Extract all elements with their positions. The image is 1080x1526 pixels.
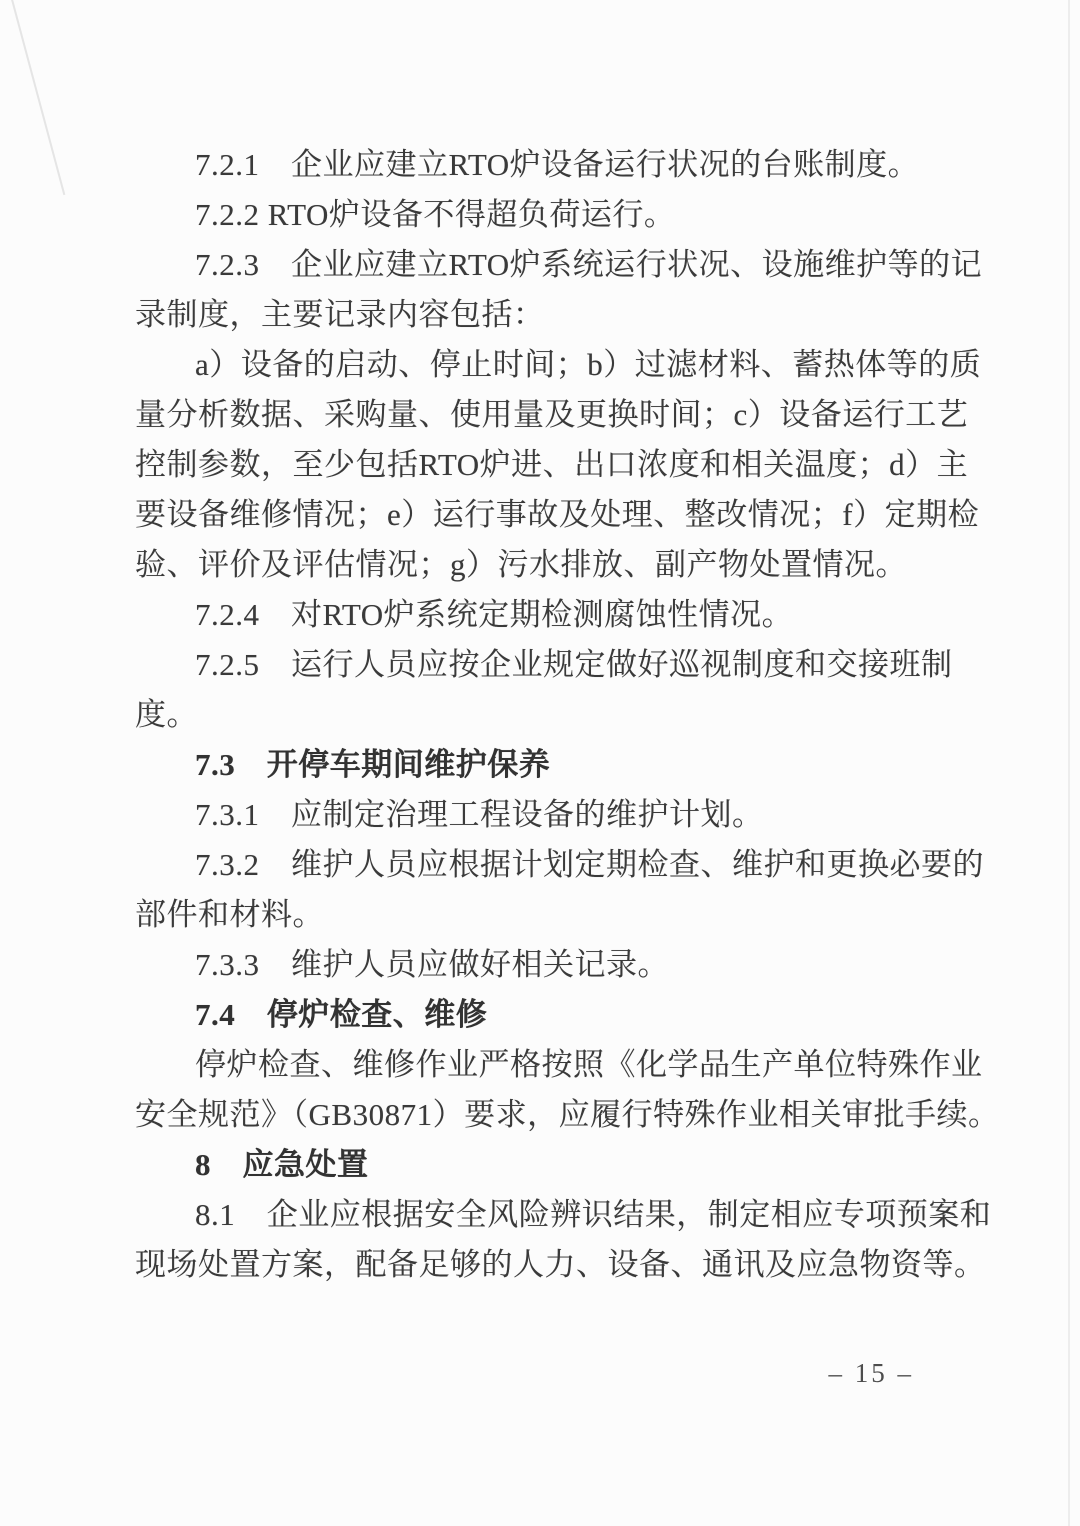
scan-artifact-diagonal-line	[9, 0, 65, 195]
clause-8-1-line-2: 现场处置方案，配备足够的人力、设备、通讯及应急物资等。	[135, 1240, 913, 1290]
clause-7-2-5-line-1: 7.2.5 运行人员应按企业规定做好巡视制度和交接班制	[135, 640, 913, 690]
clause-7-4-body-line-1: 停炉检查、维修作业严格按照《化学品生产单位特殊作业	[135, 1040, 913, 1090]
list-items-line-2: 量分析数据、采购量、使用量及更换时间；c）设备运行工艺	[135, 390, 913, 440]
clause-7-3-1: 7.3.1 应制定治理工程设备的维护计划。	[135, 790, 913, 840]
clause-7-3-3: 7.3.3 维护人员应做好相关记录。	[135, 940, 913, 990]
section-heading-7-4: 7.4 停炉检查、维修	[135, 990, 913, 1040]
scan-artifact-vertical-line	[1068, 0, 1070, 1526]
document-body: 7.2.1 企业应建立RTO炉设备运行状况的台账制度。 7.2.2 RTO炉设备…	[135, 140, 913, 1290]
clause-7-2-3-line-2: 录制度，主要记录内容包括：	[135, 290, 913, 340]
clause-7-2-3-line-1: 7.2.3 企业应建立RTO炉系统运行状况、设施维护等的记	[135, 240, 913, 290]
list-items-line-4: 要设备维修情况；e）运行事故及处理、整改情况；f）定期检	[135, 490, 913, 540]
section-heading-7-3: 7.3 开停车期间维护保养	[135, 740, 913, 790]
clause-8-1-line-1: 8.1 企业应根据安全风险辨识结果，制定相应专项预案和	[135, 1190, 913, 1240]
document-page: 7.2.1 企业应建立RTO炉设备运行状况的台账制度。 7.2.2 RTO炉设备…	[0, 0, 1080, 1526]
list-items-line-3: 控制参数，至少包括RTO炉进、出口浓度和相关温度；d）主	[135, 440, 913, 490]
list-items-line-1: a）设备的启动、停止时间；b）过滤材料、蓄热体等的质	[135, 340, 913, 390]
clause-7-2-2: 7.2.2 RTO炉设备不得超负荷运行。	[135, 190, 913, 240]
clause-7-2-4: 7.2.4 对RTO炉系统定期检测腐蚀性情况。	[135, 590, 913, 640]
clause-7-4-body-line-2: 安全规范》（GB30871）要求，应履行特殊作业相关审批手续。	[135, 1090, 913, 1140]
section-heading-8: 8 应急处置	[135, 1140, 913, 1190]
clause-7-3-2-line-2: 部件和材料。	[135, 890, 913, 940]
list-items-line-5: 验、评价及评估情况；g）污水排放、副产物处置情况。	[135, 540, 913, 590]
clause-7-3-2-line-1: 7.3.2 维护人员应根据计划定期检查、维护和更换必要的	[135, 840, 913, 890]
page-number: – 15 –	[829, 1356, 915, 1390]
clause-7-2-5-line-2: 度。	[135, 690, 913, 740]
clause-7-2-1: 7.2.1 企业应建立RTO炉设备运行状况的台账制度。	[135, 140, 913, 190]
